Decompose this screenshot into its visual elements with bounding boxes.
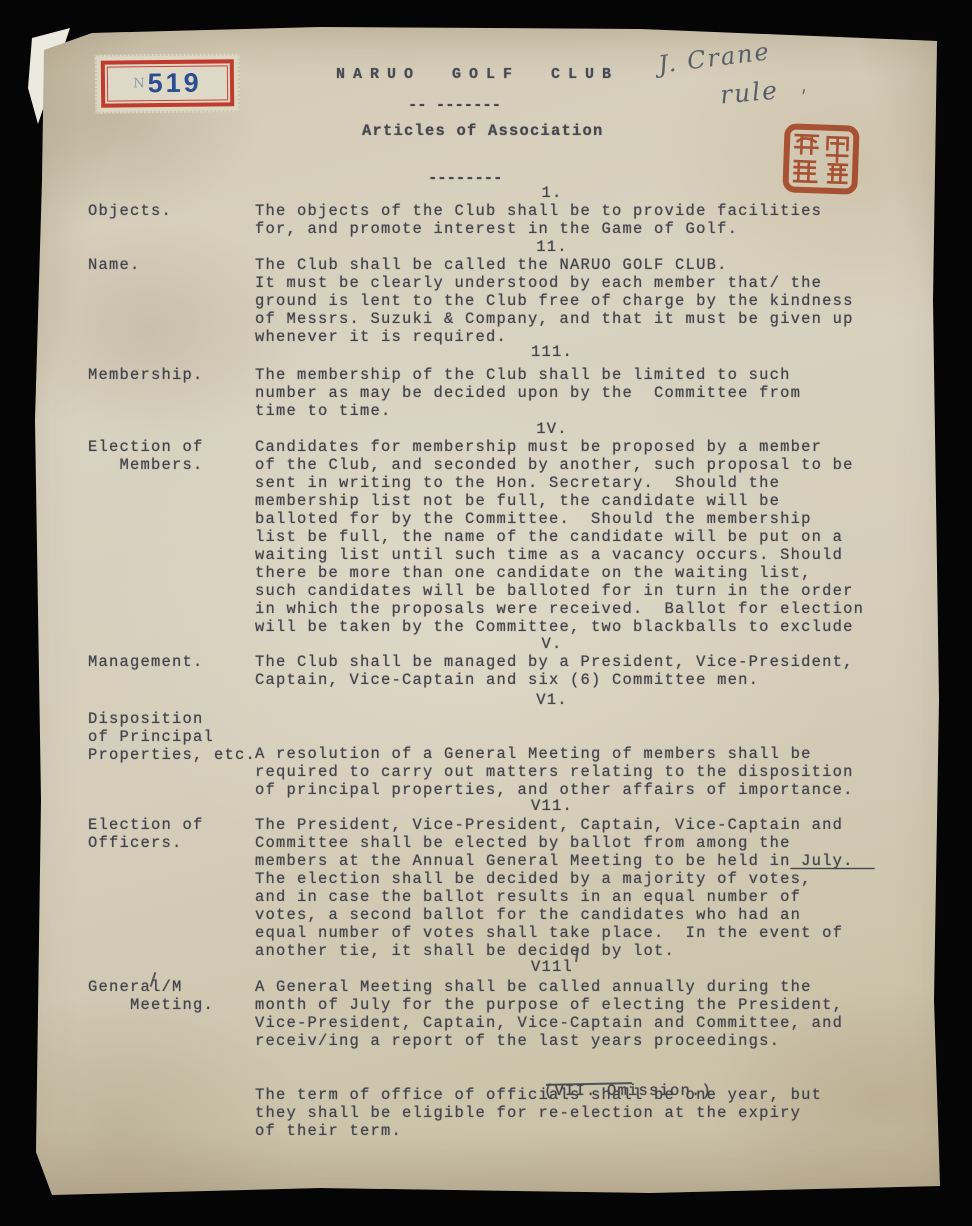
text-line: Election of: [88, 816, 204, 834]
text-line: Captain, Vice-Captain and six (6) Commit…: [255, 671, 854, 689]
text-line: Properties, etc.: [88, 746, 256, 764]
section-label: Election of Members.: [88, 438, 204, 474]
stamp-number: 519: [147, 68, 201, 100]
text-line: waiting list until such time as a vacanc…: [255, 546, 864, 564]
section-numeral: V1.: [536, 691, 568, 709]
section-label: Name.: [88, 256, 141, 274]
section-numeral: 1.: [541, 184, 562, 202]
text-line: in which the proposals were received. Ba…: [255, 600, 864, 618]
text-line: Officers.: [88, 834, 204, 852]
text-line: A General Meeting shall be called annual…: [255, 978, 843, 996]
text-line: votes, a second ballot for the candidate…: [255, 906, 875, 924]
section-numeral: 11.: [536, 238, 568, 256]
document-subtitle: Articles of Association: [362, 122, 604, 140]
text-segment: members at the Annual General Meeting to…: [255, 852, 791, 870]
section-label: Dispositionof PrincipalProperties, etc.: [88, 710, 256, 764]
text-line: The membership of the Club shall be limi…: [255, 366, 801, 384]
handwritten-annotation-rule: rule: [719, 75, 780, 109]
document-title: NARUO GOLF CLUB: [336, 66, 619, 84]
text-line: for, and promote interest in the Game of…: [255, 220, 822, 238]
omission-body: The term of office of officials shall be…: [255, 1086, 822, 1140]
text-line: of the Club, and seconded by another, su…: [255, 456, 864, 474]
text-line: will be taken by the Committee, two blac…: [255, 618, 864, 636]
text-line: they shall be eligible for re-election a…: [255, 1104, 822, 1122]
text-line: members at the Annual General Meeting to…: [255, 852, 875, 870]
text-line: receiv/ing a report of the last years pr…: [255, 1032, 843, 1050]
section-body: The objects of the Club shall be to prov…: [255, 202, 822, 238]
text-line: of Messrs. Suzuki & Company, and that it…: [255, 310, 854, 328]
text-line: Meeting.: [88, 996, 214, 1014]
text-line: Vice-President, Captain, Vice-Captain an…: [255, 1014, 843, 1032]
text-line: Committee shall be elected by ballot fro…: [255, 834, 875, 852]
section-numeral: 1V.: [536, 420, 568, 438]
section-body: The Club shall be called the NARUO GOLF …: [255, 256, 854, 346]
section-body: The President, Vice-President, Captain, …: [255, 816, 875, 960]
text-line: The President, Vice-President, Captain, …: [255, 816, 875, 834]
section-label: Objects.: [88, 202, 172, 220]
text-line: of Principal: [88, 728, 256, 746]
text-line: such candidates will be balloted for in …: [255, 582, 864, 600]
section-label: Election ofOfficers.: [88, 816, 204, 852]
text-line: Members.: [88, 456, 204, 474]
text-line: Membership.: [88, 366, 204, 384]
text-line: The objects of the Club shall be to prov…: [255, 202, 822, 220]
text-line: Candidates for membership must be propos…: [255, 438, 864, 456]
text-line: A resolution of a General Meeting of mem…: [255, 745, 854, 763]
text-line: The election shall be decided by a major…: [255, 870, 875, 888]
section-body: A General Meeting shall be called annual…: [255, 978, 843, 1050]
section-numeral: V11.: [531, 797, 573, 815]
text-line: balloted for by the Committee. Should th…: [255, 510, 864, 528]
text-line: equal number of votes shall take place. …: [255, 924, 875, 942]
text-line: Management.: [88, 653, 204, 671]
text-line: membership list not be full, the candida…: [255, 492, 864, 510]
section-numeral: V11l: [531, 958, 573, 976]
text-line: The Club shall be managed by a President…: [255, 653, 854, 671]
section-body: The Club shall be managed by a President…: [255, 653, 854, 689]
text-line: time to time.: [255, 402, 801, 420]
red-kanji-seal: [782, 123, 860, 196]
section-body: The membership of the Club shall be limi…: [255, 366, 801, 420]
underlined-text-segment: July.: [791, 852, 875, 870]
text-line: Name.: [88, 256, 141, 274]
text-line: and in case the ballot results in an equ…: [255, 888, 875, 906]
stamp-inner-frame: N 519: [107, 65, 228, 101]
section-divider: --------: [428, 169, 502, 187]
text-line: It must be clearly understood by each me…: [255, 274, 854, 292]
text-line: required to carry out matters relating t…: [255, 763, 854, 781]
section-body: A resolution of a General Meeting of mem…: [255, 745, 854, 799]
text-line: Disposition: [88, 710, 256, 728]
text-line: sent in writing to the Hon. Secretary. S…: [255, 474, 864, 492]
text-line: list be full, the name of the candidate …: [255, 528, 864, 546]
section-label: Membership.: [88, 366, 204, 384]
scanned-document-page: N 519 NARUO GOLF CLUB -- ------- Article…: [0, 0, 972, 1226]
text-line: month of July for the purpose of electin…: [255, 996, 843, 1014]
text-line: of their term.: [255, 1122, 822, 1140]
section-label: Management.: [88, 653, 204, 671]
section-numeral: V.: [541, 635, 562, 653]
text-line: ground is lent to the Club free of charg…: [255, 292, 854, 310]
section-body: Candidates for membership must be propos…: [255, 438, 864, 636]
text-line: Objects.: [88, 202, 172, 220]
text-line: Election of: [88, 438, 204, 456]
stamp-prefix-mark: N: [133, 76, 145, 91]
stamp-red-frame: N 519: [101, 59, 234, 107]
registration-number-stamp: N 519: [95, 53, 241, 114]
text-line: number as may be decided upon by the Com…: [255, 384, 801, 402]
text-line: The term of office of officials shall be…: [255, 1086, 822, 1104]
text-line: The Club shall be called the NARUO GOLF …: [255, 256, 854, 274]
section-numeral: 111.: [531, 343, 573, 361]
text-line: there be more than one candidate on the …: [255, 564, 864, 582]
title-divider: -- -------: [408, 96, 501, 114]
